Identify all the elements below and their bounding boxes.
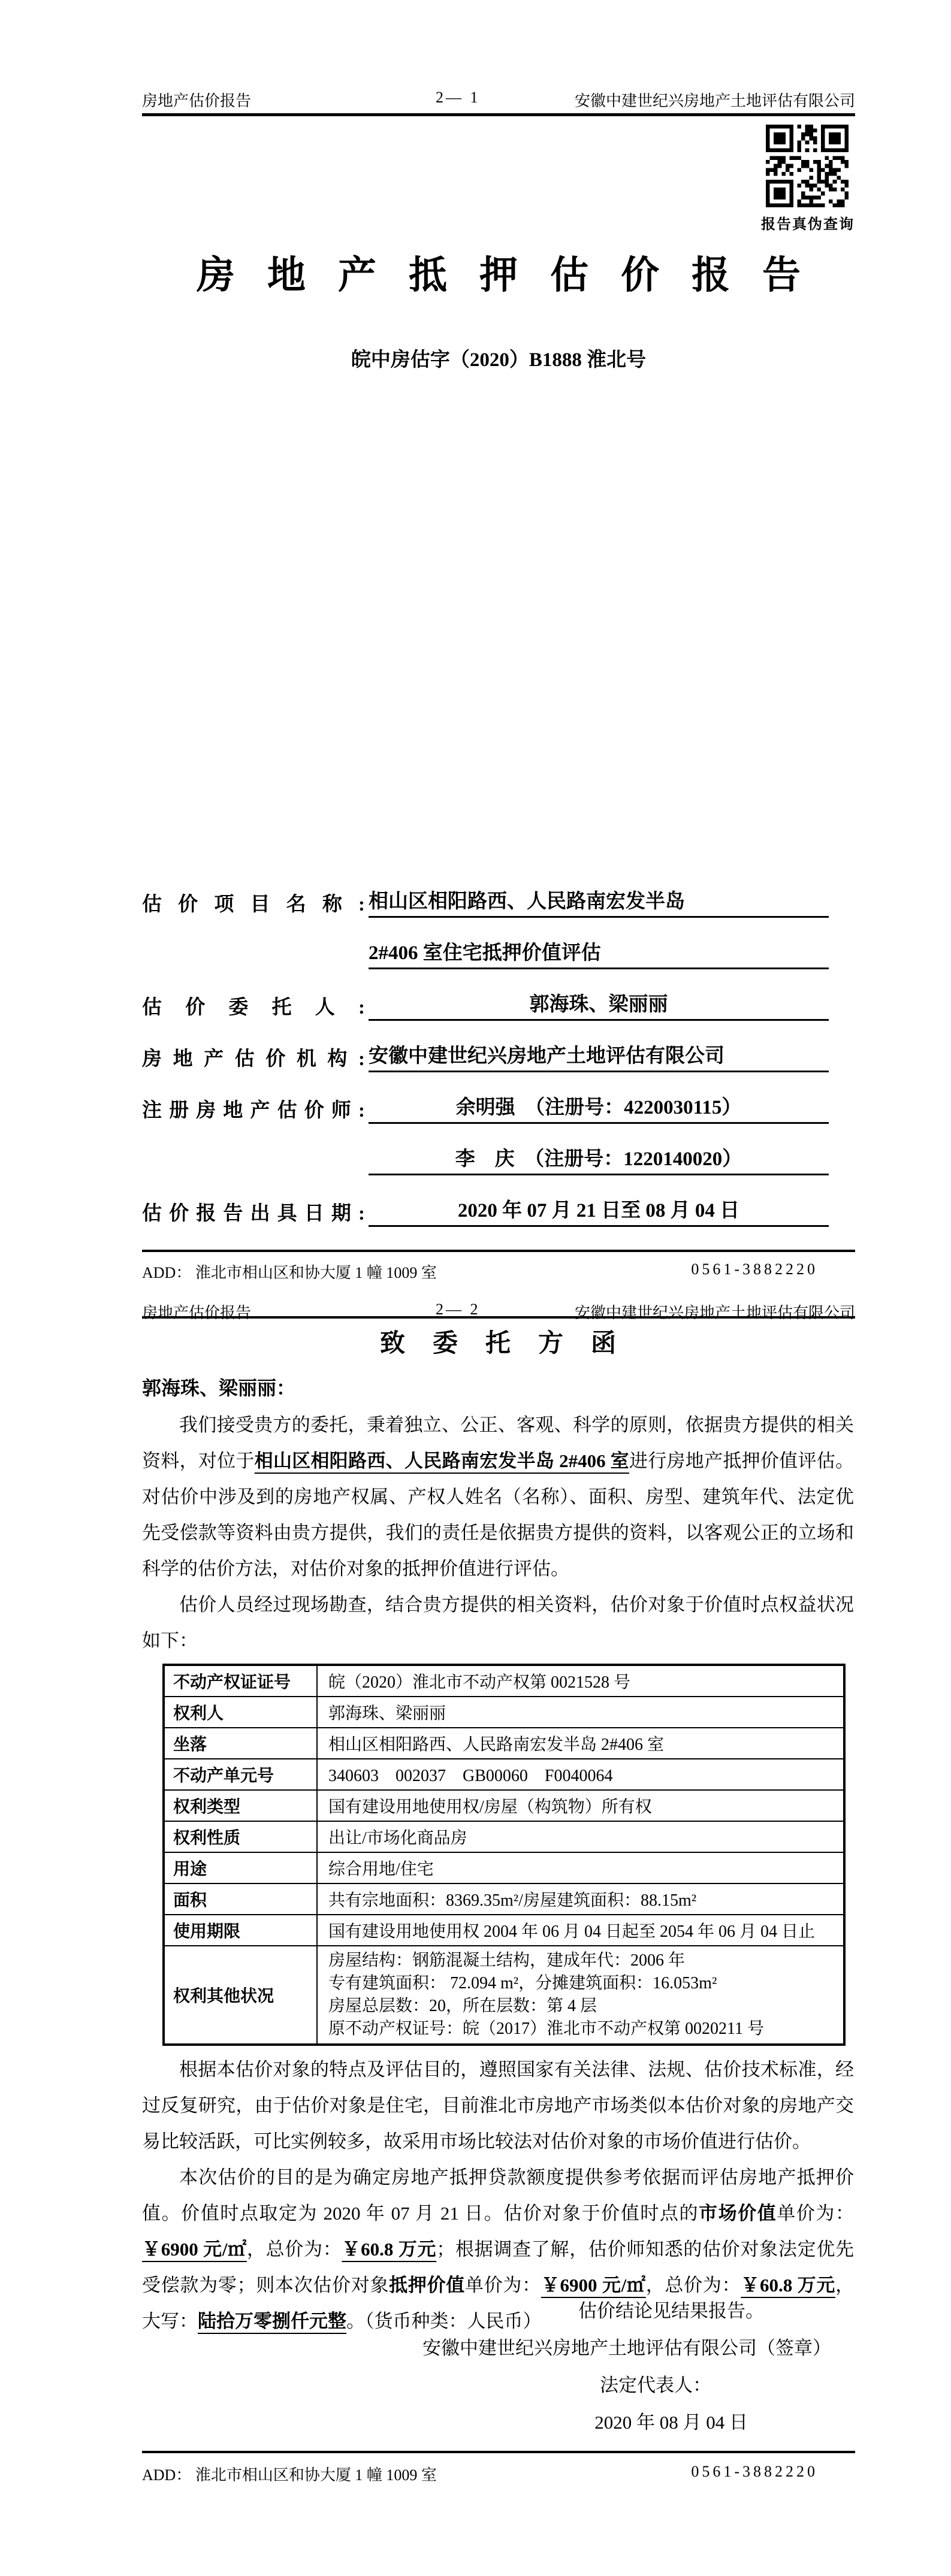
row-label: 不动产权证证号 <box>164 1665 317 1697</box>
row-label: 使用期限 <box>164 1915 317 1946</box>
property-rights-table: 不动产权证证号皖（2020）淮北市不动产权第 0021528 号 权利人郭海珠、… <box>162 1664 846 2046</box>
status-line: 房屋结构：钢筋混凝土结构，建成年代：2006 年 <box>328 1949 838 1972</box>
intro-paragraph: 我们接受贵方的委托，秉着独立、公正、客观、科学的原则，依据贵方提供的相关资料，对… <box>142 1407 854 1587</box>
row-label: 权利性质 <box>164 1821 317 1852</box>
row-value: 综合用地/住宅 <box>317 1852 844 1883</box>
header-rule <box>142 1316 855 1319</box>
field-row-appraiser-1: 注册房地产估价师: 余明强 （注册号：4220030115） <box>142 1093 829 1124</box>
field-label: 估价委托人: <box>142 991 369 1021</box>
field-value: 余明强 （注册号：4220030115） <box>369 1092 829 1124</box>
qr-code-pattern <box>766 125 849 207</box>
footer-address: ADD： 淮北市相山区和协大厦 1 幢 1009 室 <box>142 1264 437 1281</box>
row-label: 权利其他状况 <box>164 1946 317 2045</box>
field-row-agency: 房地产估价机构: 安徽中建世纪兴房地产土地评估有限公司 <box>142 1041 829 1072</box>
field-label: 注册房地产估价师: <box>142 1095 369 1124</box>
status-line: 房屋总层数：20，所在层数：第 4 层 <box>328 1995 838 2018</box>
valuation-text: ，总价为： <box>247 2239 342 2260</box>
field-row-client: 估价委托人: 郭海珠、梁丽丽 <box>142 990 829 1021</box>
table-row: 坐落相山区相阳路西、人民路南宏发半岛 2#406 室 <box>164 1728 844 1759</box>
field-label: 房地产估价机构: <box>142 1043 369 1072</box>
page2-footer: ADD： 淮北市相山区和协大厦 1 幢 1009 室 0561-3882220 <box>142 2463 855 2485</box>
page1-footer: ADD： 淮北市相山区和协大厦 1 幢 1009 室 0561-3882220 <box>142 1260 855 1283</box>
letter-page: 房地产估价报告 2— 2 安徽中建世纪兴房地产土地评估有限公司 致委托方函 郭海… <box>0 1291 951 2576</box>
field-label <box>142 968 369 969</box>
valuation-text: 单价为： <box>777 2203 854 2224</box>
cover-page: 房地产估价报告 2— 1 安徽中建世纪兴房地产土地评估有限公司 报告真伪查询 房… <box>0 0 951 1291</box>
table-row-other-status: 权利其他状况 房屋结构：钢筋混凝土结构，建成年代：2006 年 专有建筑面积： … <box>164 1946 844 2045</box>
table-row: 不动产单元号340603 002037 GB00060 F0040064 <box>164 1759 844 1790</box>
footer-phone: 0561-3882220 <box>691 2463 818 2481</box>
field-label: 估价报告出具日期: <box>142 1198 369 1227</box>
conclusion-note: 估价结论见结果报告。 <box>142 2293 854 2330</box>
salutation: 郭海珠、梁丽丽： <box>142 1375 854 1401</box>
header-doc-type: 房地产估价报告 <box>142 89 251 111</box>
header-rule <box>142 113 855 116</box>
method-paragraph: 根据本估价对象的特点及评估目的，遵照国家有关法律、法规、估价技术标准，经过反复研… <box>142 2052 854 2160</box>
header-company: 安徽中建世纪兴房地产土地评估有限公司 <box>575 1301 855 1323</box>
field-value: 安徽中建世纪兴房地产土地评估有限公司 <box>369 1040 829 1072</box>
row-label: 权利类型 <box>164 1790 317 1821</box>
footer-address: ADD： 淮北市相山区和协大厦 1 幢 1009 室 <box>142 2466 437 2484</box>
row-label: 坐落 <box>164 1728 317 1759</box>
property-address-emphasis: 相山区相阳路西、人民路南宏发半岛 2#406 室 <box>255 1450 629 1471</box>
row-value: 皖（2020）淮北市不动产权第 0021528 号 <box>317 1665 844 1697</box>
field-value: 2#406 室住宅抵押价值评估 <box>369 937 829 969</box>
page1-running-header: 房地产估价报告 2— 1 安徽中建世纪兴房地产土地评估有限公司 <box>142 89 855 109</box>
table-row: 用途综合用地/住宅 <box>164 1852 844 1883</box>
table-row: 权利性质出让/市场化商品房 <box>164 1821 844 1852</box>
field-value: 李 庆 （注册号：1220140020） <box>369 1143 829 1175</box>
field-label <box>142 1174 369 1175</box>
table-row: 不动产权证证号皖（2020）淮北市不动产权第 0021528 号 <box>164 1665 844 1697</box>
table-row: 使用期限国有建设用地使用权 2004 年 06 月 04 日起至 2054 年 … <box>164 1915 844 1946</box>
footer-phone: 0561-3882220 <box>691 1260 818 1278</box>
header-company: 安徽中建世纪兴房地产土地评估有限公司 <box>575 89 855 111</box>
status-line: 专有建筑面积： 72.094 m²，分摊建筑面积：16.053m² <box>328 1972 838 1995</box>
header-page-number: 2— 1 <box>436 89 481 107</box>
qr-caption: 报告真伪查询 <box>748 212 868 233</box>
row-value: 340603 002037 GB00060 F0040064 <box>317 1759 844 1790</box>
row-label: 权利人 <box>164 1697 317 1728</box>
table-row: 权利人郭海珠、梁丽丽 <box>164 1697 844 1728</box>
header-doc-type: 房地产估价报告 <box>142 1301 251 1323</box>
field-value: 2020 年 07 月 21 日至 08 月 04 日 <box>369 1195 829 1227</box>
field-row-project-name: 估价项目名称: 相山区相阳路西、人民路南宏发半岛 <box>142 887 829 918</box>
field-row-appraiser-2: 李 庆 （注册号：1220140020） <box>142 1144 829 1175</box>
row-value: 郭海珠、梁丽丽 <box>317 1697 844 1728</box>
table-row: 权利类型国有建设用地使用权/房屋（构筑物）所有权 <box>164 1790 844 1821</box>
legal-representative-label: 法定代表人： <box>142 2367 854 2404</box>
field-row-issue-date: 估价报告出具日期: 2020 年 07 月 21 日至 08 月 04 日 <box>142 1196 829 1227</box>
row-value: 国有建设用地使用权/房屋（构筑物）所有权 <box>317 1790 844 1821</box>
row-value: 相山区相阳路西、人民路南宏发半岛 2#406 室 <box>317 1728 844 1759</box>
document-title: 房地产抵押估价报告 <box>142 244 855 300</box>
row-value: 共有宗地面积：8369.35m²/房屋建筑面积：88.15m² <box>317 1883 844 1915</box>
field-value: 相山区相阳路西、人民路南宏发半岛 <box>369 885 829 918</box>
signature-company: 安徽中建世纪兴房地产土地评估有限公司（签章） <box>142 2330 854 2367</box>
footer-rule <box>142 1250 855 1252</box>
field-row-project-name-line2: 2#406 室住宅抵押价值评估 <box>142 938 829 969</box>
row-label: 用途 <box>164 1852 317 1883</box>
survey-paragraph: 估价人员经过现场勘查，结合贵方提供的相关资料，估价对象于价值时点权益状况如下： <box>142 1587 854 1659</box>
total-price-value: ￥60.8 万元 <box>342 2239 436 2260</box>
footer-rule <box>142 2451 855 2453</box>
field-value: 郭海珠、梁丽丽 <box>369 988 829 1021</box>
row-label: 面积 <box>164 1883 317 1915</box>
row-value: 国有建设用地使用权 2004 年 06 月 04 日起至 2054 年 06 月… <box>317 1915 844 1946</box>
report-number: 皖中房估字（2020）B1888 淮北号 <box>142 344 855 372</box>
signature-date: 2020 年 08 月 04 日 <box>142 2404 854 2441</box>
status-line: 原不动产权证号：皖（2017）淮北市不动产权第 0020211 号 <box>328 2018 838 2040</box>
cover-fields: 估价项目名称: 相山区相阳路西、人民路南宏发半岛 2#406 室住宅抵押价值评估… <box>142 887 829 1247</box>
letter-title: 致委托方函 <box>142 1328 854 1359</box>
unit-price-value: ￥6900 元/㎡ <box>142 2239 247 2260</box>
row-value: 出让/市场化商品房 <box>317 1821 844 1852</box>
market-value-term: 市场价值 <box>699 2203 777 2224</box>
table-row: 面积共有宗地面积：8369.35m²/房屋建筑面积：88.15m² <box>164 1883 844 1915</box>
field-label: 估价项目名称: <box>142 888 369 918</box>
letter-body: 致委托方函 郭海珠、梁丽丽： 我们接受贵方的委托，秉着独立、公正、客观、科学的原… <box>142 1328 854 2339</box>
qr-code <box>766 125 849 207</box>
row-label: 不动产单元号 <box>164 1759 317 1790</box>
signature-block: 估价结论见结果报告。 安徽中建世纪兴房地产土地评估有限公司（签章） 法定代表人：… <box>142 2293 854 2441</box>
row-value: 房屋结构：钢筋混凝土结构，建成年代：2006 年 专有建筑面积： 72.094 … <box>317 1946 844 2045</box>
